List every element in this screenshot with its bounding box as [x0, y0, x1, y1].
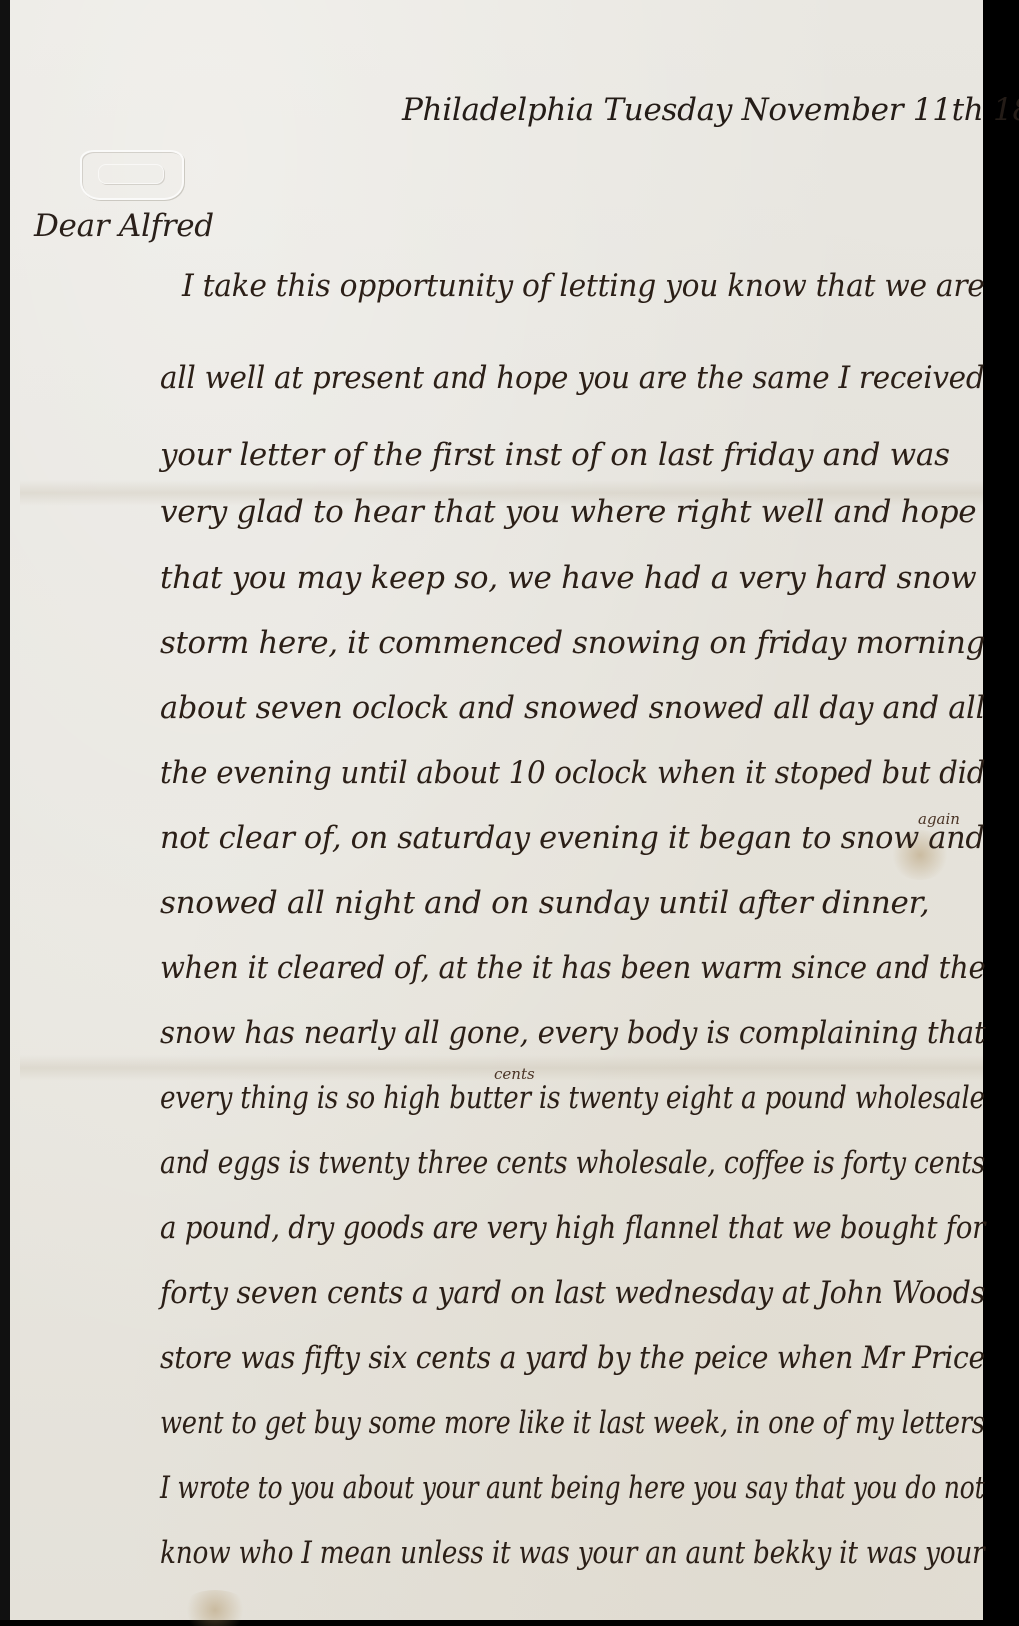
- letter-line-18: went to get buy some more like it last w…: [160, 1405, 985, 1441]
- letter-line-1: I take this opportunity of letting you k…: [182, 268, 985, 304]
- letter-line-14: and eggs is twenty three cents wholesale…: [160, 1145, 985, 1181]
- letter-line-17: store was fifty six cents a yard by the …: [160, 1340, 985, 1376]
- letter-line-19: I wrote to you about your aunt being her…: [160, 1470, 984, 1506]
- letter-line-5: that you may keep so, we have had a very…: [160, 560, 976, 596]
- emboss-inner-shape: [98, 164, 164, 184]
- letter-line-9: not clear of, on saturday evening it beg…: [160, 820, 985, 856]
- letter-line-4: very glad to hear that you where right w…: [160, 494, 976, 530]
- salutation: Dear Alfred: [34, 208, 214, 244]
- letter-line-16: forty seven cents a yard on last wednesd…: [160, 1275, 985, 1311]
- letter-line-2: all well at present and hope you are the…: [160, 360, 984, 396]
- letter-line-7: about seven oclock and snowed snowed all…: [160, 690, 985, 726]
- letter-line-6: storm here, it commenced snowing on frid…: [160, 625, 985, 661]
- age-stain: [180, 1590, 250, 1626]
- place-date-heading: Philadelphia Tuesday November 11th 1862: [402, 92, 1019, 128]
- letter-line-8: the evening until about 10 oclock when i…: [160, 755, 985, 791]
- letter-line-13: every thing is so high butter is twenty …: [160, 1080, 985, 1116]
- letter-line-11: when it cleared of, at the it has been w…: [160, 950, 985, 986]
- letter-line-12: snow has nearly all gone, every body is …: [160, 1015, 985, 1051]
- letter-line-3: your letter of the first inst of on last…: [160, 437, 950, 473]
- letter-line-15: a pound, dry goods are very high flannel…: [160, 1210, 985, 1246]
- letter-line-10: snowed all night and on sunday until aft…: [160, 885, 929, 921]
- letter-page: Philadelphia Tuesday November 11th 1862 …: [0, 0, 983, 1620]
- letter-line-20: know who I mean unless it was your an au…: [160, 1535, 984, 1571]
- embossed-stationer-stamp: [80, 150, 184, 200]
